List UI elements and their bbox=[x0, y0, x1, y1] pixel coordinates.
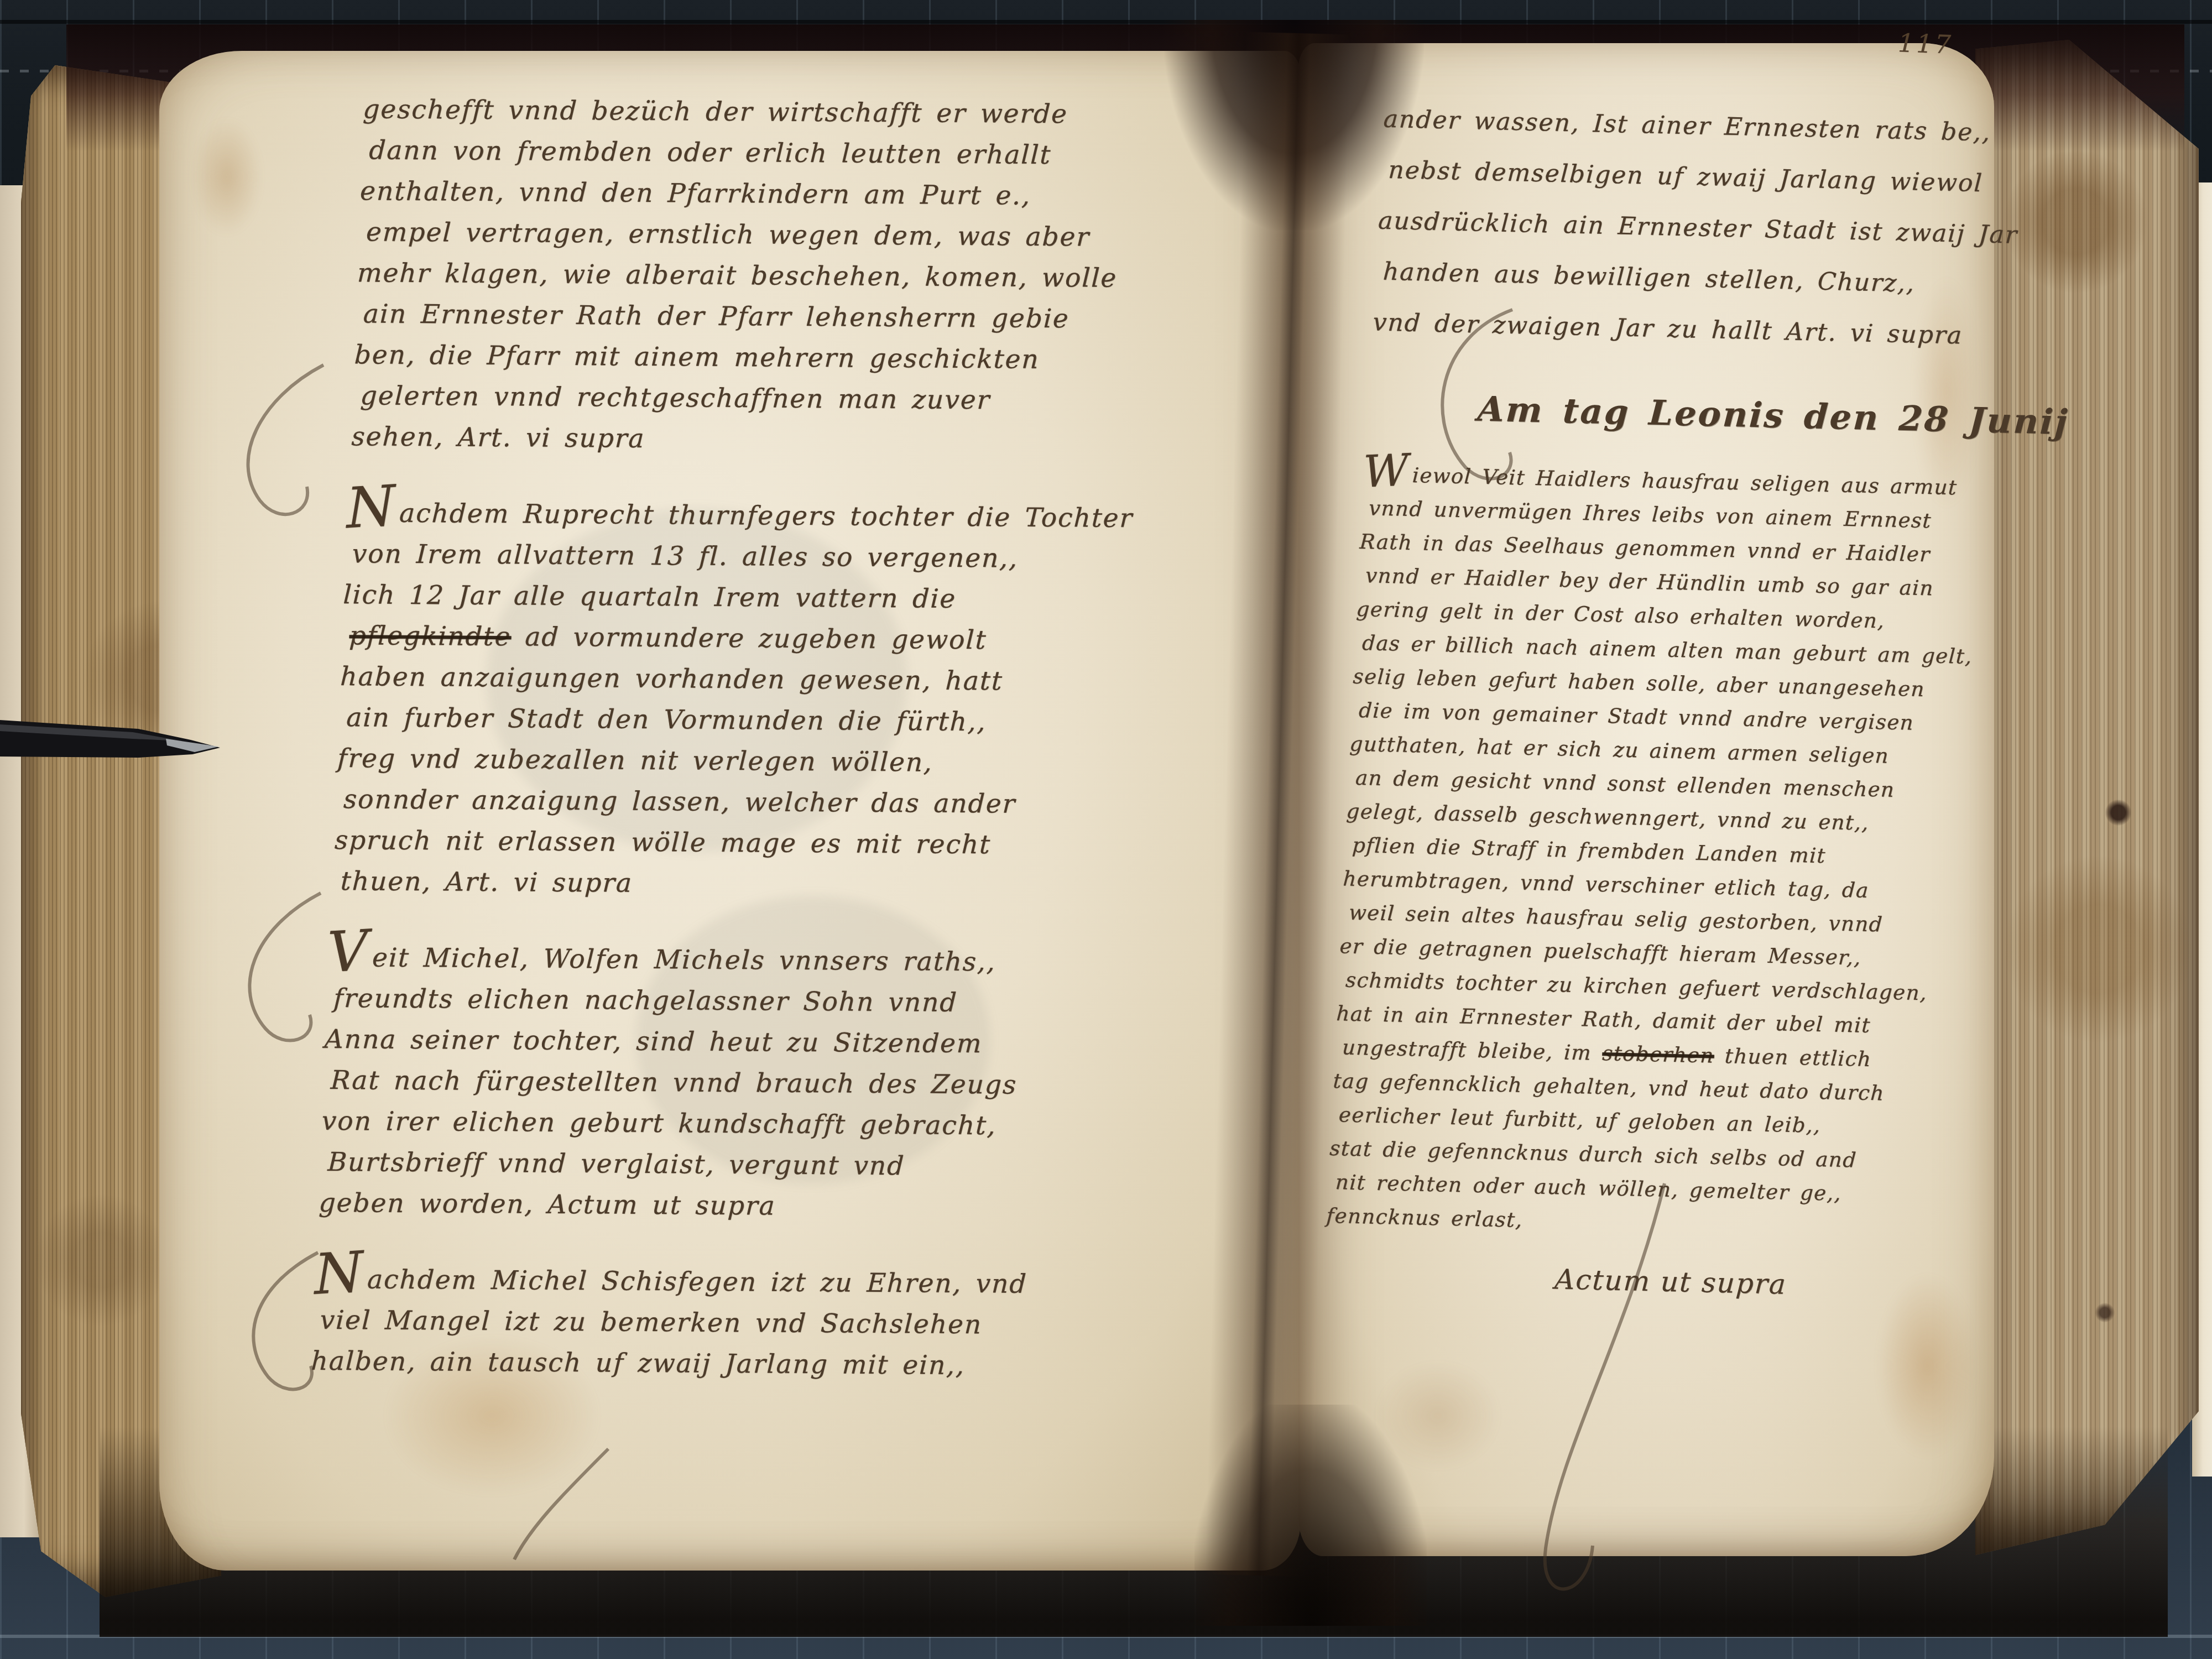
foxing-stain bbox=[1355, 1344, 1521, 1488]
manuscript-line: von irer elichen geburt kundschafft gebr… bbox=[321, 1101, 1118, 1147]
paragraph: Veit Michel, Wolfen Michels vnnsers rath… bbox=[316, 927, 1125, 1229]
manuscript-line: geben worden, Actum ut supra bbox=[318, 1183, 1114, 1229]
manuscript-line: sonnder anzaigung lassen, welcher das an… bbox=[343, 779, 1131, 826]
manuscript-line: ain furber Stadt den Vormunden die fürth… bbox=[346, 697, 1135, 744]
swash-initial: N bbox=[346, 486, 397, 528]
paragraph: Nachdem Ruprecht thurnfegers tochter die… bbox=[330, 483, 1144, 907]
manuscript-line: viel Mangel izt zu bemerken vnd Sachsleh… bbox=[319, 1300, 1109, 1347]
manuscript-line: freg vnd zubezallen nit verlegen wöllen, bbox=[337, 738, 1133, 785]
manuscript-line: sehen, Art. vi supra bbox=[351, 416, 1146, 463]
swash-initial: W bbox=[1363, 455, 1410, 487]
manuscript-line: ain Ernnester Rath der Pfarr lehensherrn… bbox=[362, 294, 1151, 340]
manuscript-line: pflegkindte ad vormundere zugeben gewolt bbox=[348, 615, 1138, 662]
manuscript-line: ben, die Pfarr mit ainem mehrern geschic… bbox=[353, 335, 1150, 381]
right-page-text: ander wassen, Ist ainer Ernnesten rats b… bbox=[1316, 94, 2043, 1305]
manuscript-line: Veit Michel, Wolfen Michels vnnsers rath… bbox=[327, 927, 1125, 984]
swash-initial: N bbox=[314, 1252, 364, 1294]
fabric-seam-top bbox=[0, 20, 2212, 24]
manuscript-line: Burtsbrieff vnnd verglaist, vergunt vnd bbox=[327, 1142, 1116, 1188]
photo-of-open-manuscript-book: { "folio_number": "117", "colors": { "in… bbox=[0, 0, 2212, 1659]
manuscript-line: mehr klagen, wie alberait beschehen, kom… bbox=[356, 253, 1153, 299]
manuscript-line: freundts elichen nachgelassner Sohn vnnd bbox=[332, 978, 1123, 1025]
left-page-text: geschefft vnnd bezüch der wirtschafft er… bbox=[309, 89, 1160, 1412]
manuscript-line: lich 12 Jar alle quartaln Irem vattern d… bbox=[342, 575, 1140, 621]
folio-number: 117 bbox=[1897, 28, 1954, 59]
manuscript-line: gelerten vnnd rechtgeschaffnen man zuver bbox=[359, 375, 1148, 422]
manuscript-line: spruch nit erlassen wölle mage es mit re… bbox=[333, 820, 1129, 867]
manuscript-line: geschefft vnnd bezüch der wirtschafft er… bbox=[362, 89, 1160, 135]
foxing-stain bbox=[177, 94, 276, 260]
paragraph: ander wassen, Ist ainer Ernnesten rats b… bbox=[1370, 94, 2043, 363]
manuscript-line: dann von frembden oder erlich leutten er… bbox=[368, 130, 1159, 176]
paragraph: Nachdem Michel Schisfegen izt zu Ehren, … bbox=[310, 1249, 1112, 1387]
manuscript-line: enthalten, vnnd den Pfarrkindern am Purt… bbox=[359, 171, 1157, 217]
manuscript-line: Nachdem Ruprecht thurnfegers tochter die… bbox=[345, 483, 1144, 539]
entry-date-heading: Am tag Leonis den 28 Junij bbox=[1475, 376, 2027, 455]
struck-word: pflegkindte bbox=[348, 620, 512, 652]
manuscript-line: empel vertragen, ernstlich wegen dem, wa… bbox=[366, 212, 1155, 258]
paragraph: Wiewol Veit Haidlers hausfrau seligen au… bbox=[1319, 451, 2022, 1248]
manuscript-line: Rat nach fürgestellten vnnd brauch des Z… bbox=[330, 1060, 1119, 1107]
swash-initial: V bbox=[327, 931, 370, 972]
manuscript-line: haben anzaigungen vorhanden gewesen, hat… bbox=[340, 656, 1136, 703]
manuscript-line: von Irem allvattern 13 fl. alles so verg… bbox=[351, 534, 1141, 580]
manuscript-line: thuen, Art. vi supra bbox=[340, 861, 1128, 907]
paragraph: geschefft vnnd bezüch der wirtschafft er… bbox=[348, 89, 1160, 463]
manuscript-line: Nachdem Michel Schisfegen izt zu Ehren, … bbox=[313, 1249, 1112, 1306]
struck-word: stoberhen bbox=[1601, 1041, 1715, 1068]
manuscript-line: Anna seiner tochter, sind heut zu Sitzen… bbox=[324, 1019, 1121, 1066]
manuscript-line: halben, ain tausch uf zwaij Jarlang mit … bbox=[310, 1341, 1108, 1387]
